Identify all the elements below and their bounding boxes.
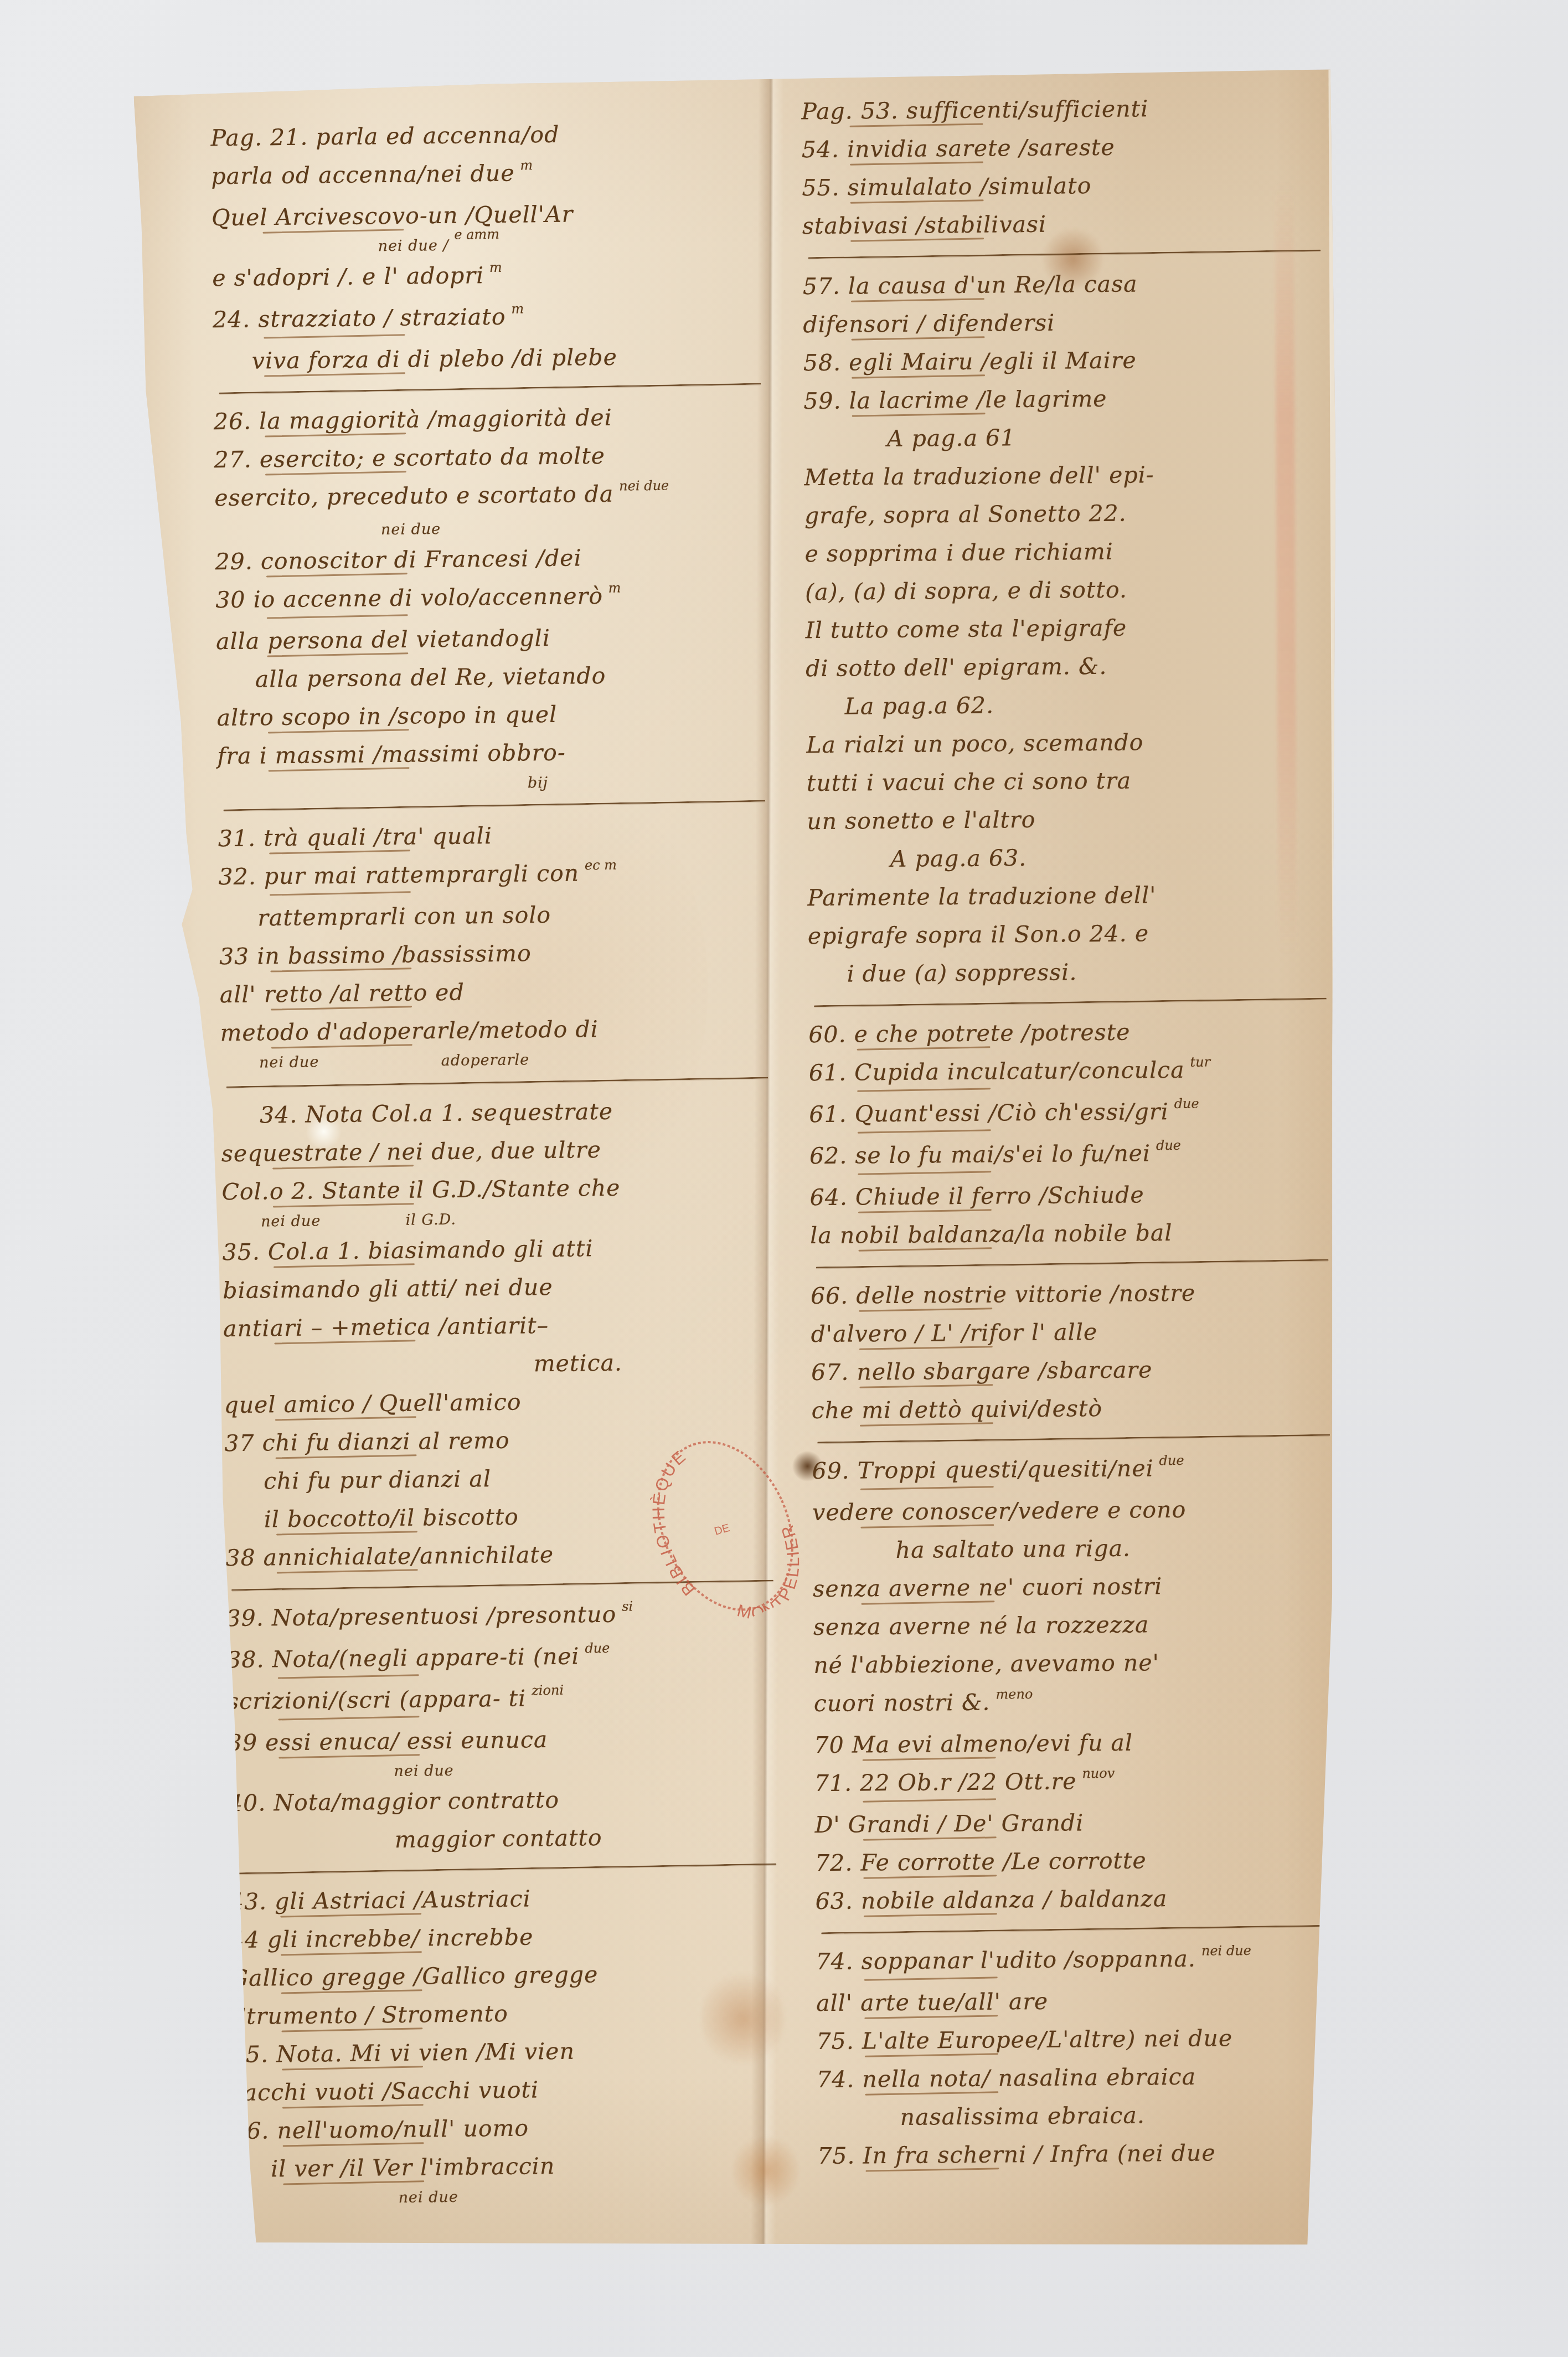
- manuscript-line: che mi dettò quivi/destò: [811, 1388, 1346, 1430]
- manuscript-line: 64. Chiude il ferro /Schiude: [809, 1175, 1344, 1217]
- interlinear-note: si: [622, 1598, 633, 1614]
- manuscript-line: 75. In fra scherni / Infra (nei due: [817, 2133, 1352, 2175]
- manuscript-line: 45. Nota. Mi vi vien /Mi vien: [230, 2030, 796, 2074]
- interlinear-note: due: [1156, 1138, 1181, 1153]
- manuscript-line: sacchi vuoti /Sacchi vuoti: [231, 2068, 796, 2112]
- manuscript-line: 26. la maggiorità /maggiorità dei: [214, 397, 779, 441]
- manuscript-line: 61. Quant'essi /Ciò ch'essi/gridue: [809, 1092, 1344, 1138]
- interlinear-note: tur: [1190, 1054, 1210, 1069]
- manuscript-line: 43. gli Astriaci /Austriaci: [229, 1877, 795, 1921]
- manuscript-line: metica.: [223, 1342, 788, 1386]
- separator-line: [219, 383, 761, 394]
- interlinear-note: nuov: [1082, 1766, 1115, 1781]
- manuscript-line: Strumento / Stromento: [230, 1991, 796, 2036]
- separator-line: [226, 1077, 768, 1088]
- manuscript-line: 24. strazziato / straziatom: [213, 295, 778, 343]
- separator-line: [223, 800, 765, 811]
- interlinear-note: ec m: [585, 857, 617, 873]
- separator-line: [814, 998, 1327, 1007]
- interlinear-note: due: [585, 1640, 610, 1656]
- manuscript-line: 70 Ma evi almeno/evi fu al: [814, 1722, 1349, 1765]
- manuscript-line: La pag.a 62.: [806, 684, 1340, 727]
- manuscript-line: 27. esercito; e scortato da molte: [214, 435, 779, 480]
- manuscript-line: fra i massmi /massimi obbro-: [217, 732, 782, 776]
- interlinear-note: m: [511, 301, 524, 316]
- manuscript-line: D' Grandi / De' Grandi: [814, 1802, 1349, 1845]
- manuscript-line: senza averne né la rozzezza: [813, 1604, 1348, 1647]
- manuscript-line: Col.o 2. Stante il G.D./Stante che: [221, 1167, 787, 1212]
- manuscript-line: difensori / difendersi: [803, 302, 1338, 344]
- manuscript-line: viva forza di di plebo /di plebe: [213, 337, 778, 381]
- separator-line: [816, 1259, 1328, 1269]
- manuscript-line: tutti i vacui che ci sono tra: [807, 760, 1342, 803]
- manuscript-line: stabivasi /stabilivasi: [802, 203, 1337, 246]
- manuscript-line: Pag. 53. sufficenti/sufficienti: [801, 89, 1336, 131]
- manuscript-line: 66. delle nostrie vittorie /nostre: [811, 1273, 1345, 1316]
- manuscript-line: 39 essi enuca/ essi eunuca: [228, 1718, 793, 1762]
- interlinear-note: nei due: [619, 478, 669, 494]
- manuscript-line: Pag. 21. parla ed accenna/od: [210, 114, 776, 158]
- manuscript-line: all' arte tue/all' are: [816, 1980, 1351, 2023]
- manuscript-line: maggior contatto: [228, 1816, 793, 1861]
- manuscript-line: 67. nello sbargare /sbarcare: [811, 1350, 1346, 1392]
- manuscript-line: ha saltato una riga.: [812, 1528, 1347, 1571]
- manuscript-line: né l'abbiezione, avevamo ne': [813, 1643, 1348, 1685]
- manuscript-line: 71. 22 Ob.r /22 Ott.renuov: [814, 1761, 1349, 1807]
- interlinear-note: due: [1159, 1453, 1184, 1468]
- separator-line: [817, 1434, 1330, 1444]
- manuscript-sheet: Pag. 21. parla ed accenna/odparla od acc…: [133, 69, 1344, 2253]
- interlinear-note: m: [489, 260, 502, 275]
- manuscript-line: 40. Nota/maggior contratto: [228, 1778, 793, 1823]
- manuscript-line: Gallico gregge /Gallico gregge: [230, 1953, 795, 1998]
- manuscript-line: esercito, preceduto e scortato danei due: [214, 474, 780, 521]
- manuscript-line: d'alvero / L' /rifor l' alle: [811, 1311, 1345, 1354]
- manuscript-line: 62. se lo fu mai/s'ei lo fu/neidue: [809, 1133, 1344, 1179]
- interlinear-note: m: [608, 580, 621, 596]
- manuscript-line: cuori nostri &.meno: [814, 1681, 1349, 1727]
- manuscript-line: 35. Col.a 1. biasimando gli atti: [222, 1228, 787, 1272]
- manuscript-line: scrizioni/(scri (appara- tizioni: [227, 1676, 792, 1724]
- manuscript-line: 32. pur mai rattemprargli conec m: [218, 852, 783, 900]
- right-column: Pag. 53. sufficenti/sufficienti54. invid…: [801, 89, 1352, 2175]
- interlinear-note: m: [520, 157, 533, 173]
- manuscript-line: Metta la traduzione dell' epi-: [804, 455, 1339, 497]
- manuscript-line: 60. e che potrete /potreste: [808, 1012, 1343, 1054]
- photograph-background: Pag. 21. parla ed accenna/odparla od acc…: [0, 0, 1568, 2357]
- manuscript-line: 44 gli increbbe/ increbbe: [229, 1915, 795, 1959]
- manuscript-line: rattemprarli con un solo: [219, 894, 784, 938]
- manuscript-line: 29. conoscitor di Francesi /dei: [215, 537, 780, 581]
- manuscript-line: A pag.a 63.: [807, 837, 1342, 879]
- manuscript-line: la nobil baldanza/la nobile bal: [810, 1213, 1345, 1255]
- separator-line: [235, 1863, 777, 1874]
- manuscript-line: 38. Nota/(negli appare-ti (neidue: [226, 1635, 792, 1682]
- manuscript-line: (a), (a) di sopra, e di sotto.: [805, 569, 1340, 612]
- left-column: Pag. 21. parla ed accenna/odparla od acc…: [210, 114, 797, 2211]
- manuscript-line: il ver /il Ver l'imbraccin: [232, 2144, 797, 2189]
- manuscript-line: alla persona del Re, vietando: [216, 655, 781, 699]
- manuscript-line: biasimando gli atti/ nei due: [223, 1266, 788, 1310]
- manuscript-line: 74. soppanar l'udito /soppanna.nei due: [816, 1939, 1350, 1985]
- manuscript-line: La rialzi un poco, scemando: [806, 722, 1341, 765]
- manuscript-line: 46. nell'uomo/null' uomo: [231, 2106, 797, 2150]
- interlinear-note: zioni: [532, 1682, 564, 1699]
- manuscript-line: 33 in bassimo /bassissimo: [219, 932, 785, 976]
- interlinear-note: due: [1174, 1096, 1199, 1111]
- manuscript-line: 69. Troppi questi/quesiti/neidue: [812, 1448, 1347, 1494]
- manuscript-line: 55. simulalato /simulato: [802, 165, 1337, 208]
- manuscript-line: sequestrate / nei due, due ultre: [221, 1129, 786, 1174]
- manuscript-line: di sotto dell' epigram. &.: [806, 646, 1340, 688]
- manuscript-line: parla od accenna/nei duem: [211, 152, 776, 199]
- manuscript-line: e s'adopri /. e l' adoprim: [212, 254, 777, 301]
- manuscript-line: 31. trà quali /tra' quali: [218, 814, 783, 858]
- manuscript-line: Parimente la traduzione dell': [807, 875, 1342, 918]
- manuscript-line: 57. la causa d'un Re/la casa: [802, 264, 1337, 306]
- manuscript-line: Il tutto come sta l'epigrafe: [805, 608, 1340, 650]
- manuscript-line: 72. Fe corrotte /Le corrotte: [815, 1840, 1350, 1883]
- manuscript-line: 30 io accenne di volo/accenneròm: [215, 575, 781, 623]
- manuscript-line: e sopprima i due richiami: [804, 531, 1339, 574]
- manuscript-line: 34. Nota Col.a 1. sequestrate: [221, 1091, 786, 1135]
- separator-line: [808, 250, 1321, 259]
- manuscript-line: i due (a) soppressi.: [808, 951, 1343, 994]
- manuscript-line: 75. L'alte Europee/L'altre) nei due: [816, 2019, 1351, 2061]
- manuscript-line: altro scopo in /scopo in quel: [216, 693, 782, 738]
- manuscript-line: quel amico / Quell'amico: [224, 1380, 789, 1424]
- manuscript-line: metodo d'adoperarle/metodo di: [220, 1008, 785, 1053]
- manuscript-line: 61. Cupida inculcatur/conculcatur: [809, 1050, 1344, 1096]
- interlinear-note: nei due: [1201, 1943, 1251, 1959]
- manuscript-line: vedere conoscer/vedere e cono: [812, 1490, 1347, 1532]
- manuscript-line: nasalissima ebraica.: [817, 2094, 1352, 2137]
- manuscript-line: alla persona del vietandogli: [216, 617, 781, 661]
- manuscript-line: un sonetto e l'altro: [807, 799, 1342, 841]
- interlinear-note: e amm: [454, 227, 499, 243]
- manuscript-line: grafe, sopra al Sonetto 22.: [804, 493, 1339, 536]
- manuscript-line: 54. invidia sarete /sareste: [802, 127, 1337, 169]
- manuscript-line: all' retto /al retto ed: [219, 970, 785, 1015]
- manuscript-line: senza averne ne' cuori nostri: [813, 1566, 1348, 1609]
- manuscript-line: antiari – +metica /antiarit–: [223, 1304, 788, 1348]
- interlinear-note: meno: [996, 1686, 1033, 1702]
- manuscript-line: 59. la lacrime /le lagrime: [803, 378, 1338, 421]
- manuscript-line: epigrafe sopra il Son.o 24. e: [808, 913, 1343, 956]
- svg-text:DE: DE: [713, 1522, 731, 1538]
- manuscript-line: 74. nella nota/ nasalina ebraica: [817, 2057, 1352, 2099]
- manuscript-line: 63. nobile aldanza / baldanza: [815, 1879, 1350, 1921]
- manuscript-line: A pag.a 61: [804, 416, 1339, 459]
- manuscript-line: 58. egli Mairu /egli il Maire: [803, 340, 1338, 383]
- separator-line: [821, 1925, 1334, 1934]
